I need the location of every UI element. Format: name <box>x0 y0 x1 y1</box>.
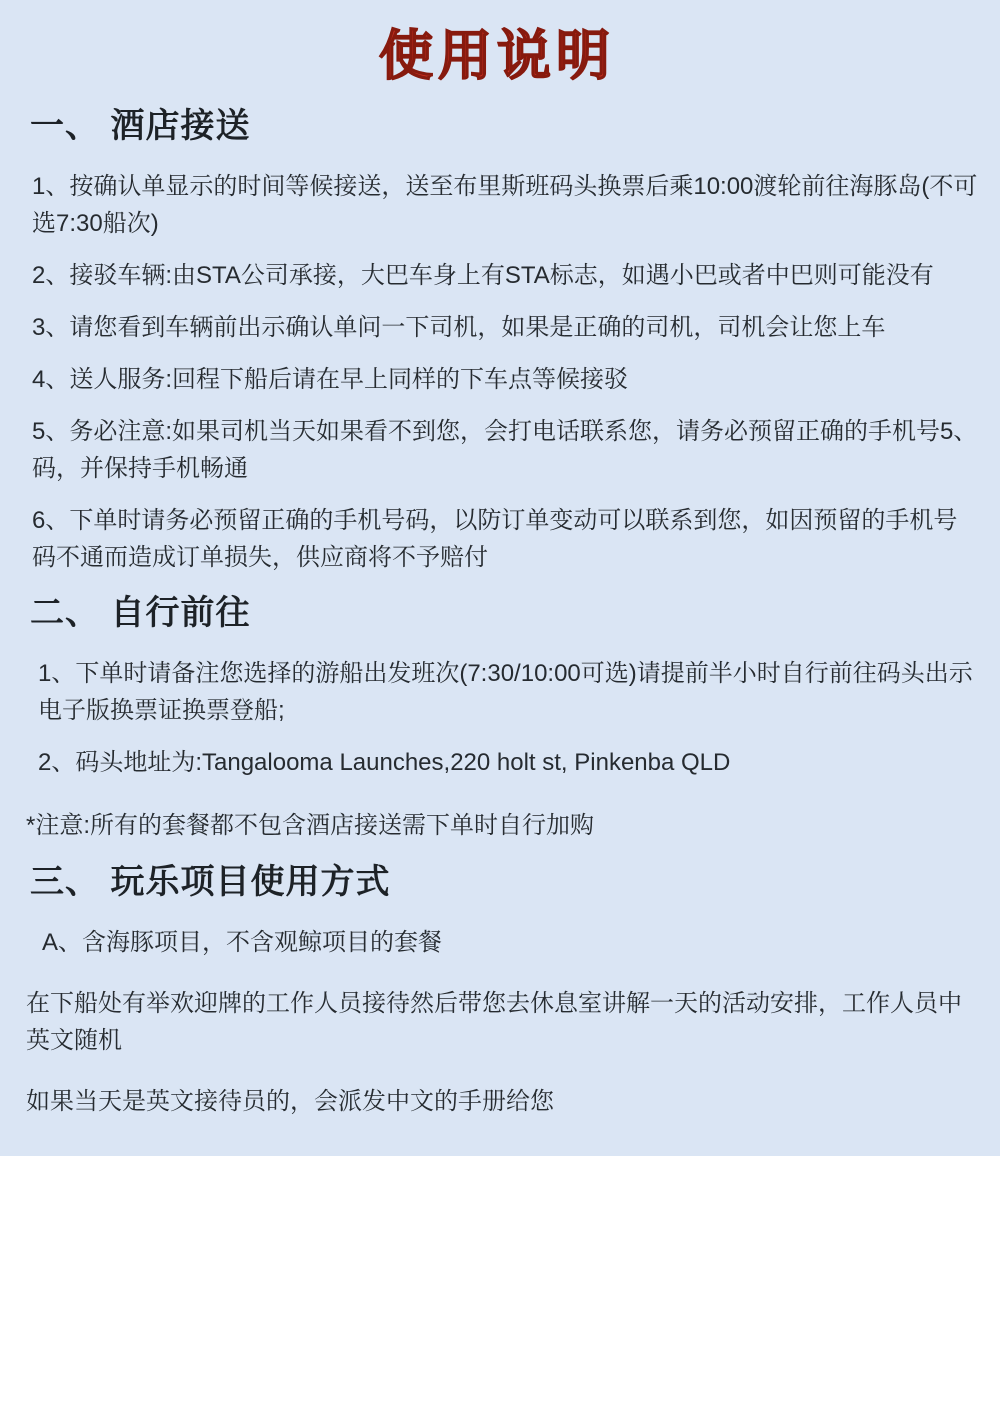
bottom-blank-area <box>0 1156 1000 1414</box>
section-3-item-a: A、含海豚项目，不含观鲸项目的套餐 <box>16 924 978 961</box>
section-1-item-5: 5、务必注意:如果司机当天如果看不到您，会打电话联系您，请务必预留正确的手机号5… <box>16 413 978 487</box>
section-2-item-2: 2、码头地址为:Tangalooma Launches,220 holt st,… <box>16 744 978 781</box>
section-activity-usage: 三、 玩乐项目使用方式 A、含海豚项目，不含观鲸项目的套餐 在下船处有举欢迎牌的… <box>16 860 978 1120</box>
section-1-item-6: 6、下单时请务必预留正确的手机号码，以防订单变动可以联系到您，如因预留的手机号码… <box>16 502 978 576</box>
section-3-paragraph-2: 如果当天是英文接待员的，会派发中文的手册给您 <box>16 1083 978 1120</box>
section-1-heading: 一、 酒店接送 <box>16 104 978 148</box>
instructions-content: 使用说明 一、 酒店接送 1、按确认单显示的时间等候接送，送至布里斯班码头换票后… <box>0 0 1000 1156</box>
section-1-item-3: 3、请您看到车辆前出示确认单问一下司机，如果是正确的司机，司机会让您上车 <box>16 309 978 346</box>
section-1-item-4: 4、送人服务:回程下船后请在早上同样的下车点等候接驳 <box>16 361 978 398</box>
section-1-item-2: 2、接驳车辆:由STA公司承接，大巴车身上有STA标志，如遇小巴或者中巴则可能没… <box>16 257 978 294</box>
section-2-item-1: 1、下单时请备注您选择的游船出发班次(7:30/10:00可选)请提前半小时自行… <box>16 655 978 729</box>
section-hotel-transfer: 一、 酒店接送 1、按确认单显示的时间等候接送，送至布里斯班码头换票后乘10:0… <box>16 104 978 576</box>
section-3-heading: 三、 玩乐项目使用方式 <box>16 860 978 904</box>
section-1-item-1: 1、按确认单显示的时间等候接送，送至布里斯班码头换票后乘10:00渡轮前往海豚岛… <box>16 168 978 242</box>
section-self-travel: 二、 自行前往 1、下单时请备注您选择的游船出发班次(7:30/10:00可选)… <box>16 591 978 844</box>
instructions-sheet: 使用说明 一、 酒店接送 1、按确认单显示的时间等候接送，送至布里斯班码头换票后… <box>0 0 1000 1414</box>
section-2-note: *注意:所有的套餐都不包含酒店接送需下单时自行加购 <box>16 807 978 844</box>
page-title: 使用说明 <box>16 26 978 86</box>
section-2-heading: 二、 自行前往 <box>16 591 978 635</box>
section-3-paragraph-1: 在下船处有举欢迎牌的工作人员接待然后带您去休息室讲解一天的活动安排，工作人员中英… <box>16 985 978 1059</box>
